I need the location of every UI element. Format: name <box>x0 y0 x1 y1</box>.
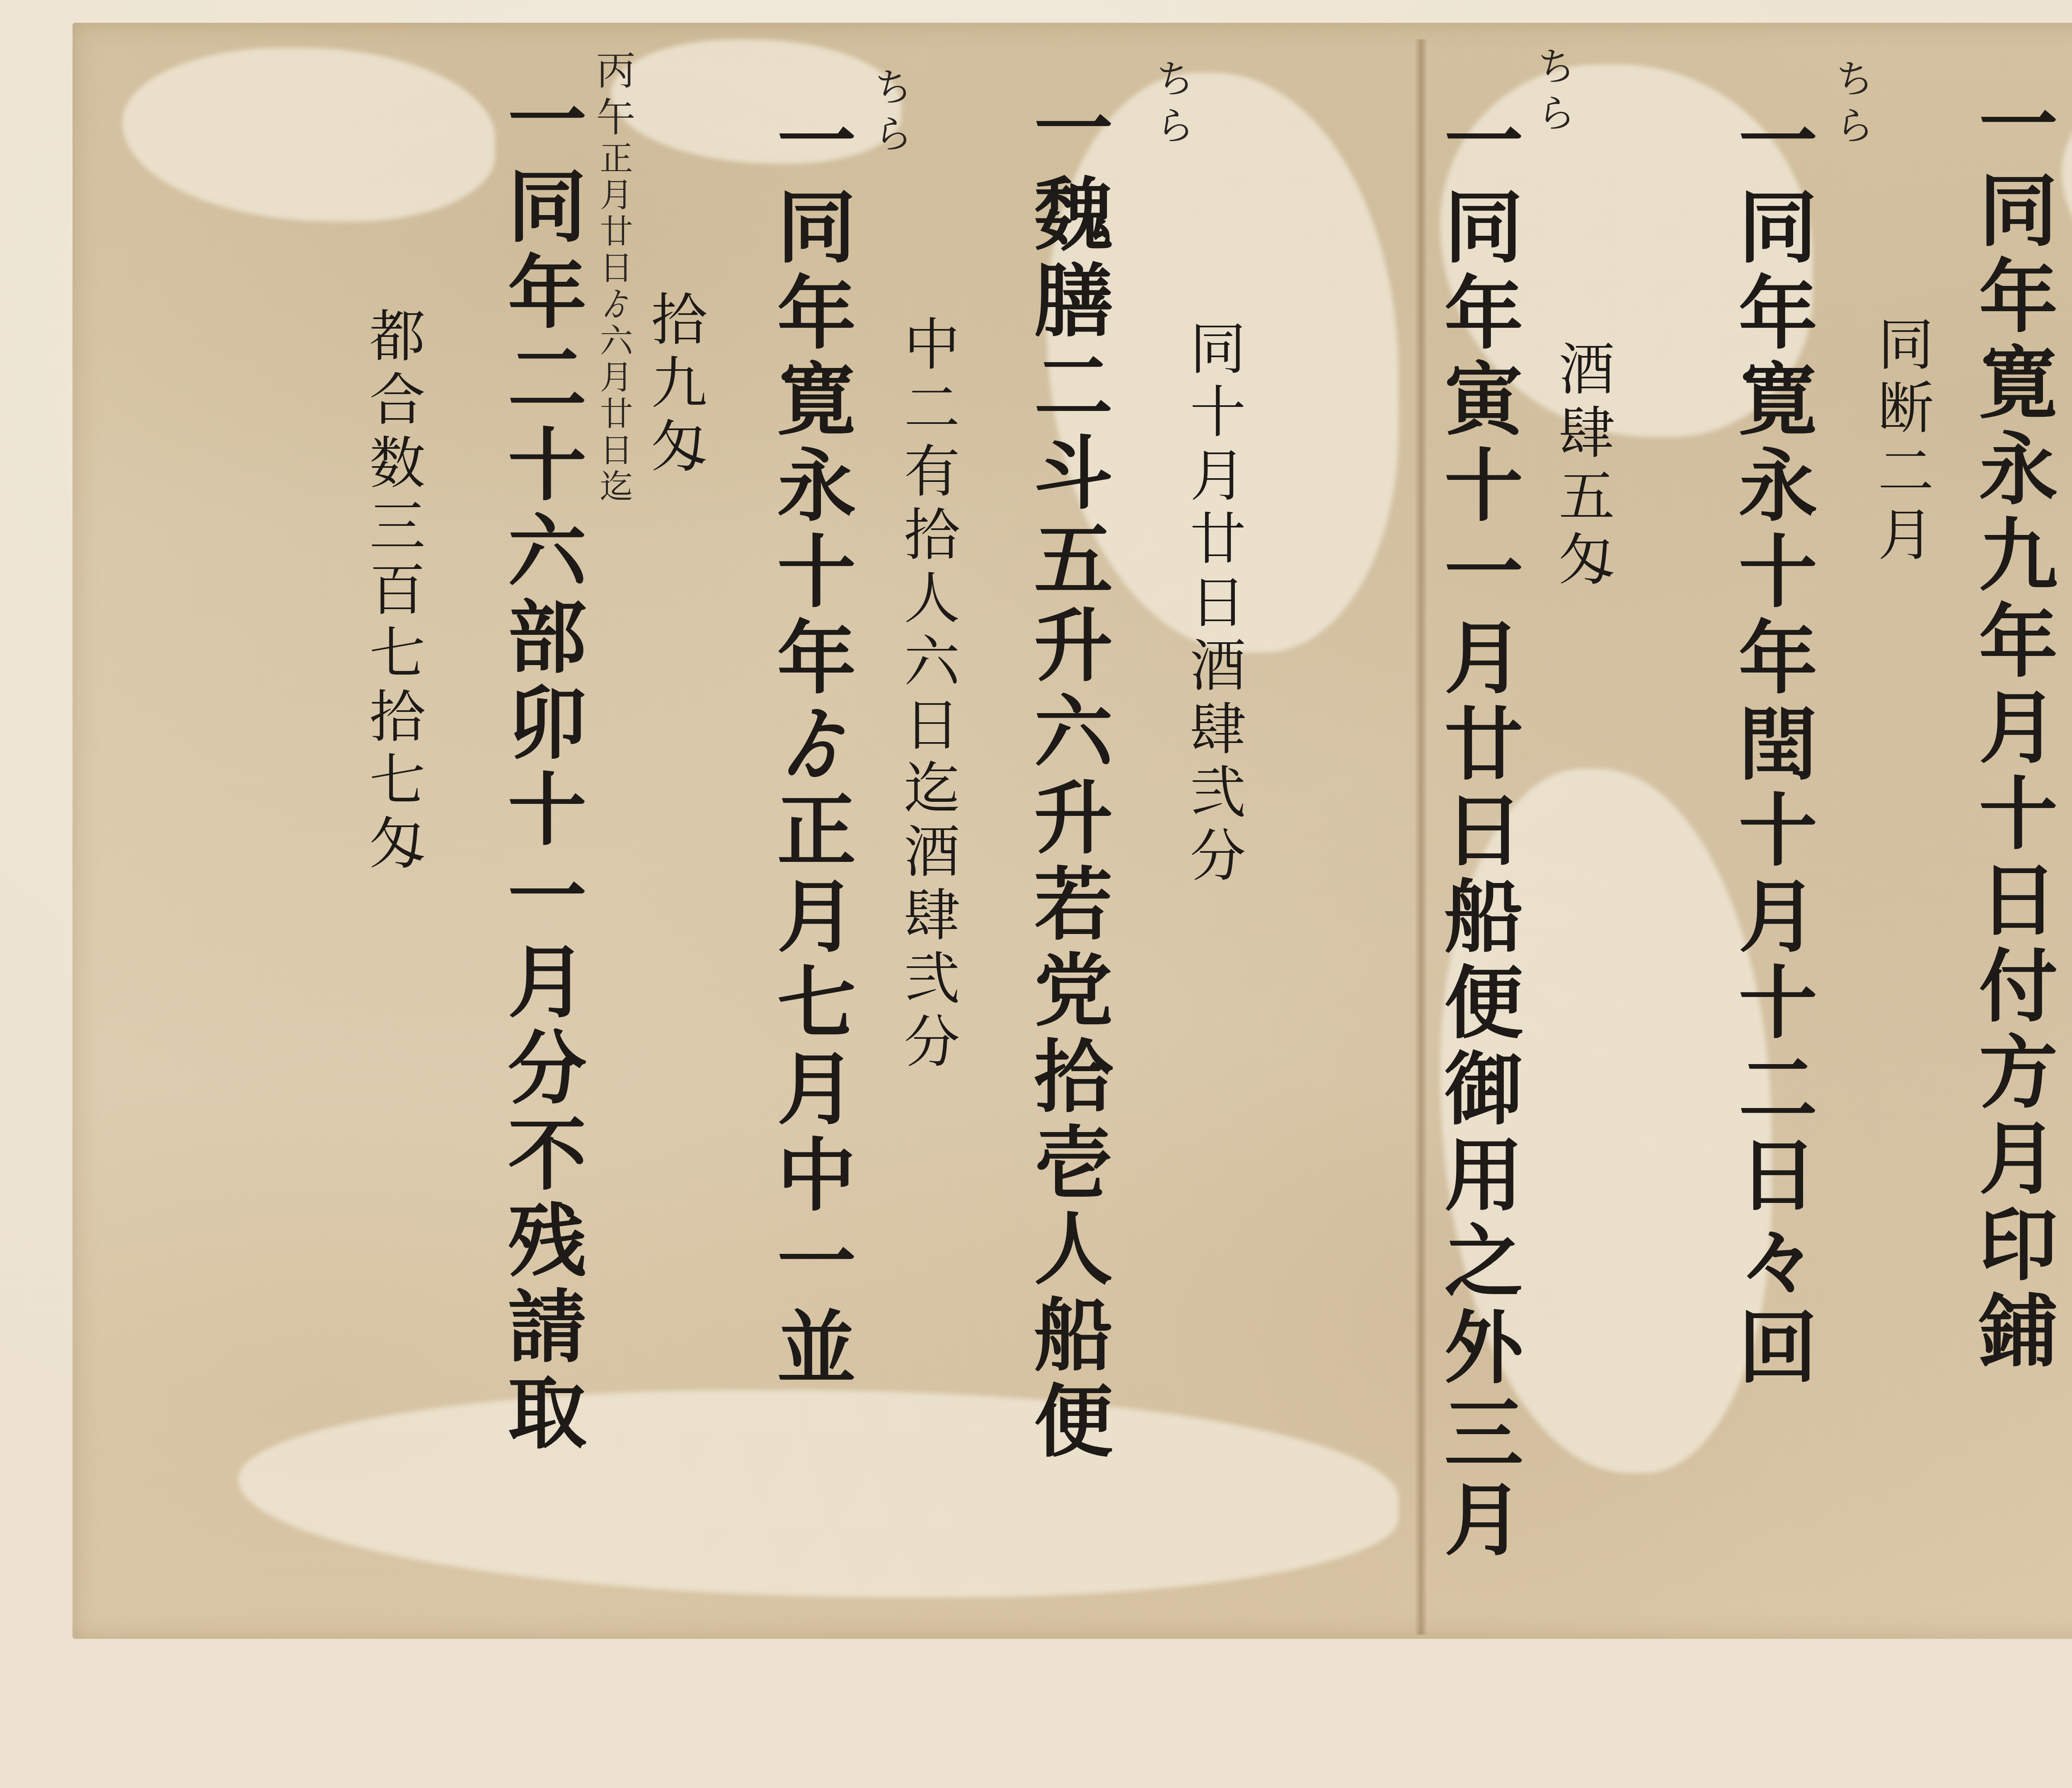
interlinear-note: 正月廿日ゟ六月廿日迄 <box>597 141 630 506</box>
text-column-l3: 中二有拾人六日迄酒肆弐分 <box>899 315 955 1076</box>
text-column-l2: 一魏膳二斗五升六升若党拾壱人船便 <box>1028 87 1106 1466</box>
text-column-l6: 拾九匁 <box>646 290 702 480</box>
marginal-mark-r7: ちら <box>1533 46 1573 139</box>
text-column-r5: 一同年寛永十年閏十月十二日々回 <box>1732 99 1811 1392</box>
text-column-l5: 一同年二十六部卯十一月分不残請取 <box>501 79 580 1458</box>
text-column-r3: 二拾匁 <box>2068 298 2072 489</box>
text-column-l4: 一同年寛永十年ゟ正月七月中一並 <box>771 99 850 1392</box>
manuscript-text: 浚之方月十日々之月六日迄毎日数 ちら 一同年寛永九年月十日付方月印鋪 二拾匁 同… <box>0 0 2072 1788</box>
text-column-l1: 同十月廿日酒肆弐分 <box>1185 319 1241 890</box>
marginal-mark-l5: 丙午 <box>593 50 632 143</box>
text-column-r6: 酒肆五匁 <box>1554 340 1610 593</box>
text-column-r2: 一同年寛永九年月十日付方月印鋪 <box>1973 83 2051 1376</box>
marginal-mark-l2: ちら <box>1152 58 1191 152</box>
marginal-mark-l4: ちら <box>870 66 910 160</box>
marginal-mark-r5: ちら <box>1832 58 1871 152</box>
text-column-l7: 都合数三百七拾七匁 <box>365 307 421 877</box>
text-column-r4: 同断二月 <box>1873 315 1929 569</box>
text-column-r7: 一同年寅十一月廿日船便御用之外三月 <box>1438 99 1517 1565</box>
marginal-mark-r2: ちら <box>2068 50 2072 143</box>
